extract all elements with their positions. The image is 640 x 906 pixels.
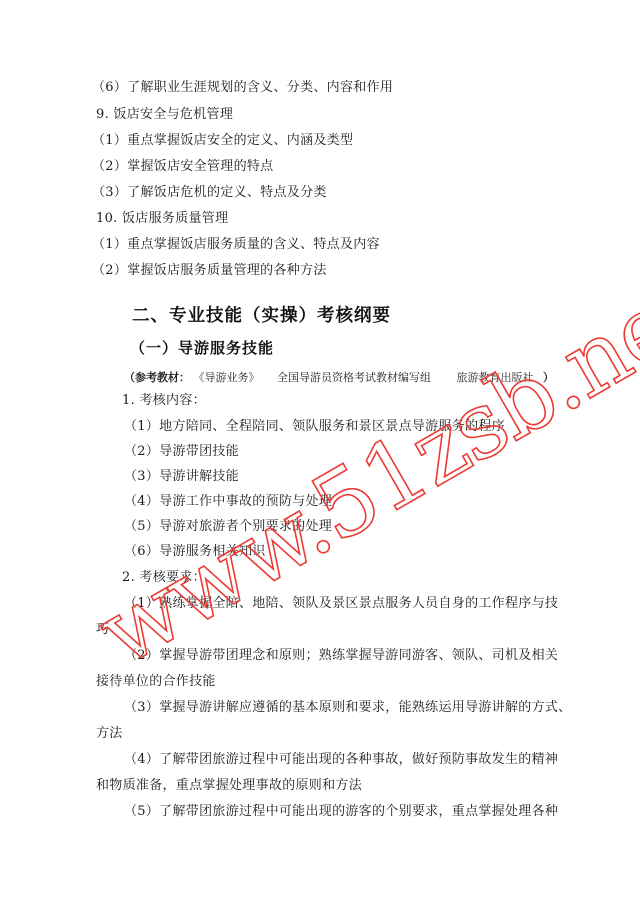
requirement-item-cont: 接待单位的合作技能 xyxy=(96,674,216,690)
list-item: （6）了解职业生涯规划的含义、分类、内容和作用 xyxy=(92,80,393,96)
list-item: （5）导游对旅游者个别要求的处理 xyxy=(124,519,332,535)
requirement-item: （2）掌握导游带团理念和原则；熟练掌握导游同游客、领队、司机及相关 xyxy=(124,648,558,664)
requirement-item-cont: 巧 xyxy=(96,622,109,638)
list-item: （2）掌握饭店服务质量管理的各种方法 xyxy=(92,263,327,279)
list-item: （3）导游讲解技能 xyxy=(124,469,239,485)
list-item: （1）重点掌握饭店安全的定义、内涵及类型 xyxy=(92,133,353,149)
reference-book: 《导游业务》 xyxy=(194,371,260,384)
reference-author: 全国导游员资格考试教材编写组 xyxy=(277,371,431,384)
content-heading: 1. 考核内容： xyxy=(122,393,206,409)
list-item: （2）导游带团技能 xyxy=(124,444,239,460)
requirement-item: （4）了解带团旅游过程中可能出现的各种事故，做好预防事故发生的精神 xyxy=(124,752,558,768)
list-item: （2）掌握饭店安全管理的特点 xyxy=(92,159,273,175)
reference-publisher: 旅游教育出版社 xyxy=(457,371,534,384)
requirement-item-cont: 和物质准备，重点掌握处理事故的原则和方法 xyxy=(96,778,362,794)
reference-label: （参考教材： xyxy=(124,371,190,384)
section-title-hotel-safety: 9. 饭店安全与危机管理 xyxy=(96,107,233,123)
requirement-item: （5）了解带团旅游过程中可能出现的游客的个别要求，重点掌握处理各种 xyxy=(124,804,558,820)
list-item: （6）导游服务相关知识 xyxy=(124,544,266,560)
section-title-service-quality: 10. 饭店服务质量管理 xyxy=(96,211,228,227)
list-item: （3）了解饭店危机的定义、特点及分类 xyxy=(92,185,327,201)
requirement-item-cont: 方法 xyxy=(96,726,123,742)
requirement-item: （1）熟练掌握全陪、地陪、领队及景区景点服务人员自身的工作程序与技 xyxy=(124,596,558,612)
section-heading: 二、专业技能（实操）考核纲要 xyxy=(132,302,391,327)
reference-close: ） xyxy=(543,371,554,384)
requirement-item: （3）掌握导游讲解应遵循的基本原则和要求，能熟练运用导游讲解的方式、 xyxy=(124,700,571,716)
subsection-heading: （一）导游服务技能 xyxy=(130,337,274,358)
list-item: （1）重点掌握饭店服务质量的含义、特点及内容 xyxy=(92,237,380,253)
list-item: （1）地方陪同、全程陪同、领队服务和景区景点导游服务的程序 xyxy=(124,419,505,435)
requirements-heading: 2. 考核要求： xyxy=(122,570,206,586)
reference-line: （参考教材： 《导游业务》 全国导游员资格考试教材编写组 旅游教育出版社 ） xyxy=(124,369,554,385)
list-item: （4）导游工作中事故的预防与处理 xyxy=(124,494,332,510)
